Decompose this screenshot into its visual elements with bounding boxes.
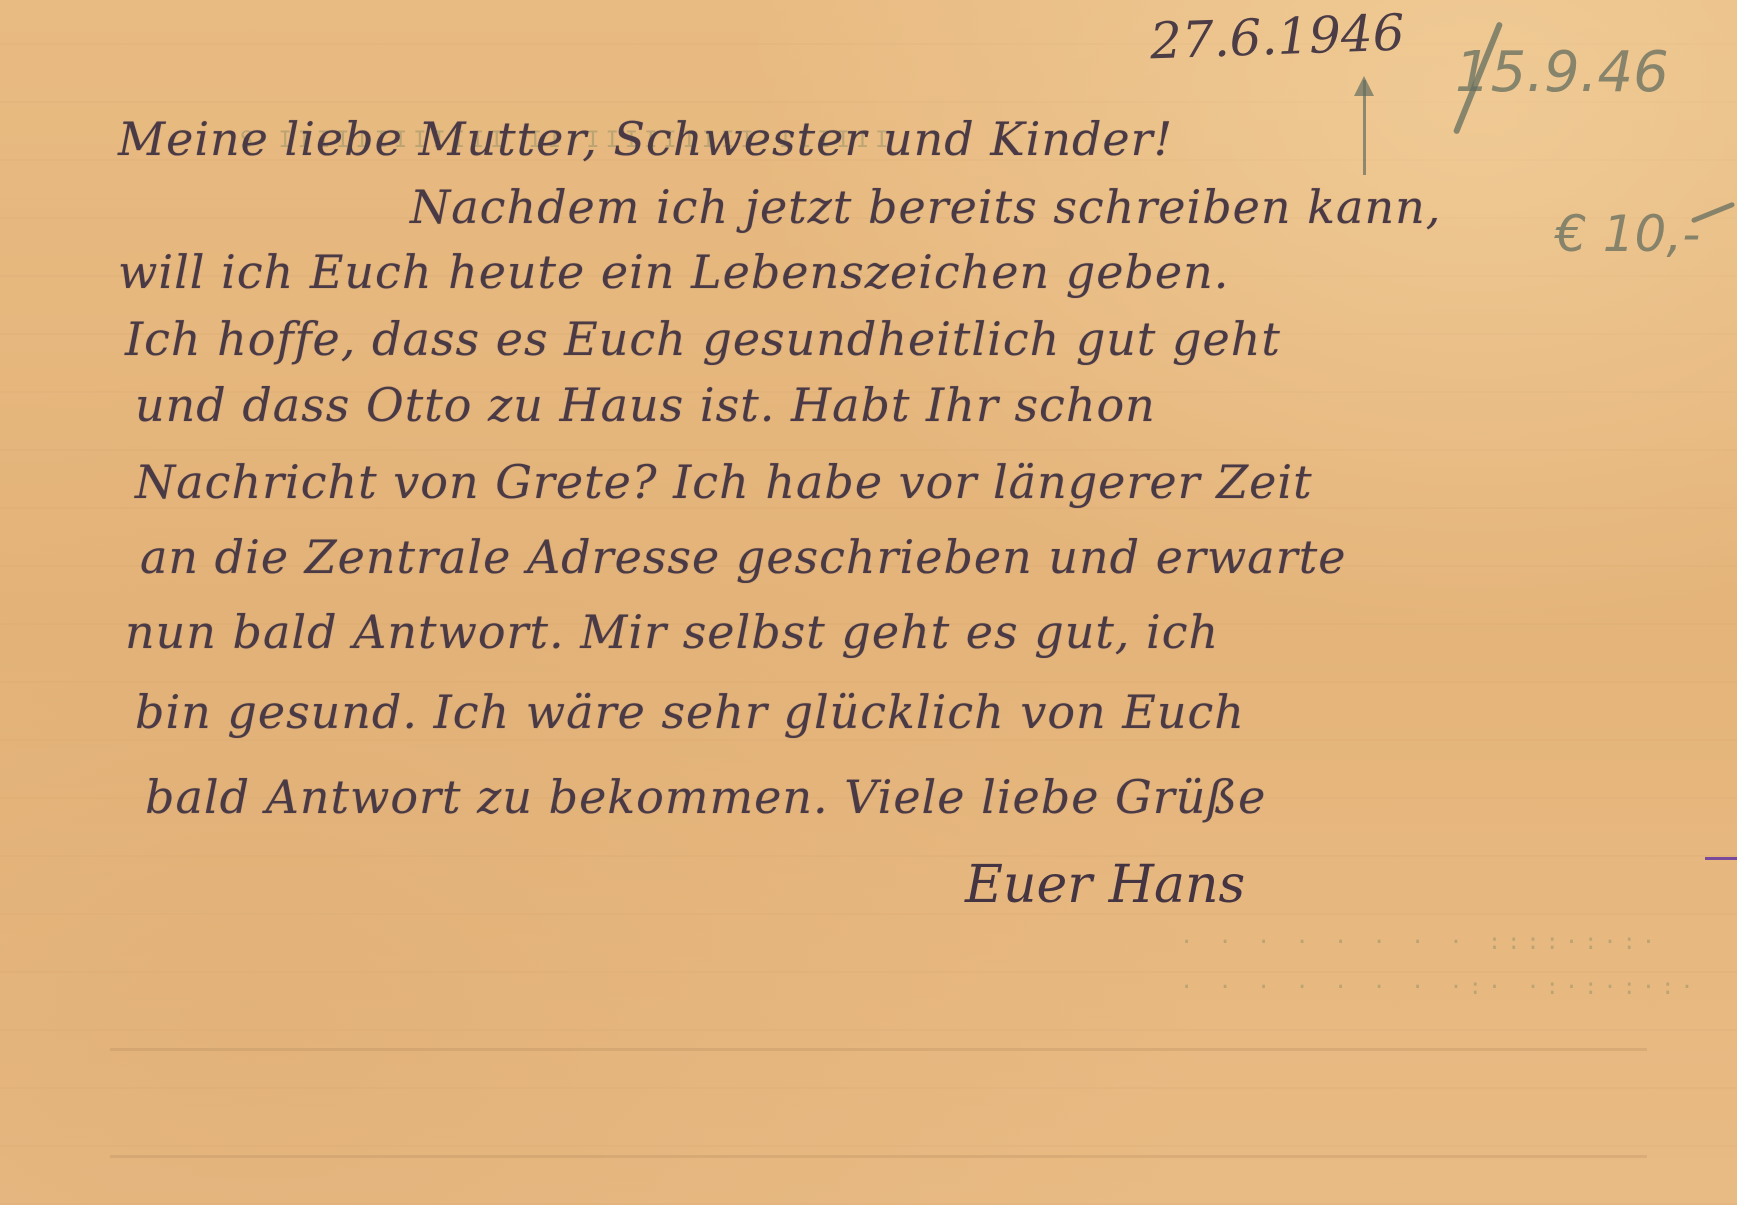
purple-ink-mark [1705,857,1737,860]
pencil-received-date: 15.9.46 [1455,40,1669,105]
pencil-amount: € 10,- [1555,205,1700,263]
letter-line: Ich hoffe, dass es Euch gesundheitlich g… [125,312,1281,366]
letter-paper: S IIIIIIIIIIII II IIIIIIIII IIIIII · · ·… [0,0,1737,1205]
letter-line: Nachdem ich jetzt bereits schreiben kann… [410,180,1441,234]
letter-line: bald Antwort zu bekommen. Viele liebe Gr… [145,770,1266,824]
letter-line: Nachricht von Grete? Ich habe vor länger… [135,455,1313,509]
letter-line: und dass Otto zu Haus ist. Habt Ihr scho… [135,378,1156,432]
faint-stamp-bottom: · · · · · · · · ::::·:·:· [1180,930,1661,955]
letter-line: an die Zentrale Adresse geschrieben und … [140,530,1346,584]
faint-stamp-bottom: · · · · · · · ·:· ·:·:·:·:· [1180,975,1700,1000]
letter-date: 27.6.1946 [1149,4,1405,71]
letter-line: nun bald Antwort. Mir selbst geht es gut… [125,605,1219,659]
paper-fold-line [110,1155,1647,1158]
signature: Euer Hans [965,855,1245,915]
pencil-arrow-icon [1363,80,1366,175]
letter-line: will ich Euch heute ein Lebenszeichen ge… [118,245,1229,299]
letter-line: bin gesund. Ich wäre sehr glücklich von … [135,685,1245,739]
salutation: Meine liebe Mutter, Schwester und Kinder… [118,112,1173,166]
paper-fold-line [110,1048,1647,1051]
